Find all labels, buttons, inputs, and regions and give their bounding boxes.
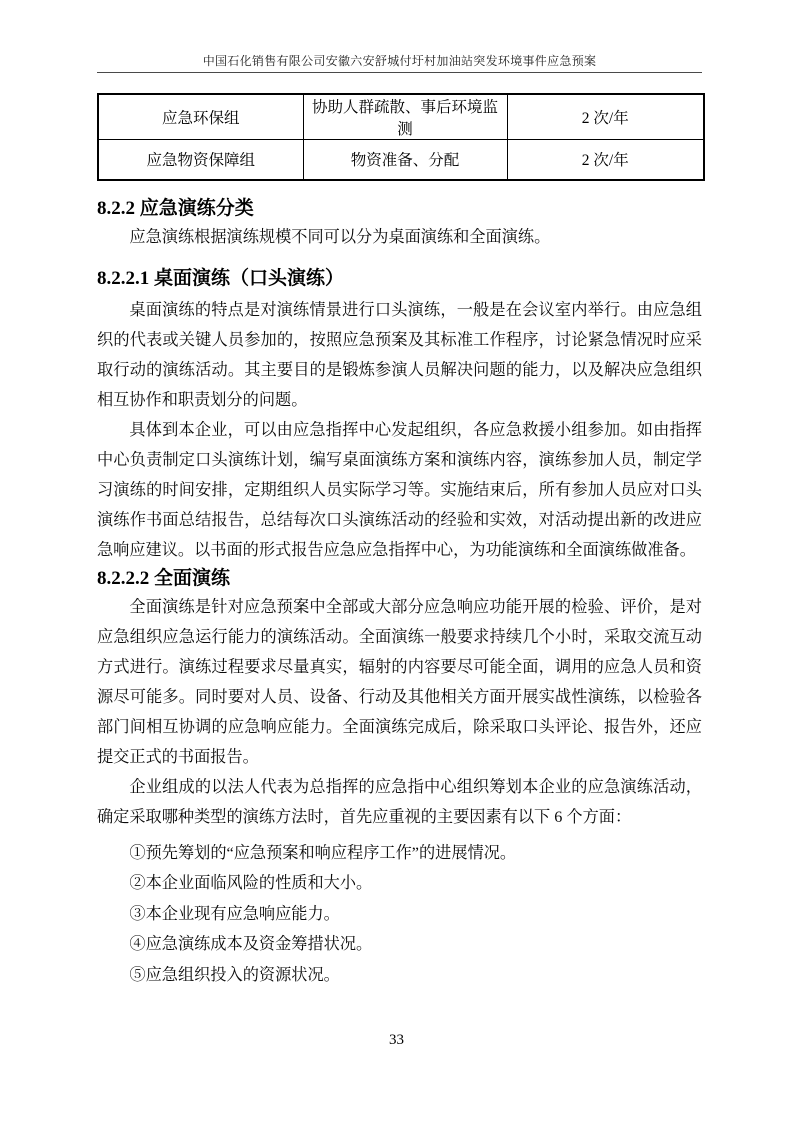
cell-frequency: 2 次/年 bbox=[507, 94, 704, 140]
paragraph-full-drill-1: 全面演练是针对应急预案中全部或大部分应急响应功能开展的检验、评价，是对应急组织应… bbox=[97, 592, 702, 772]
document-body: 8.2.2 应急演练分类 应急演练根据演练规模不同可以分为桌面演练和全面演练。 … bbox=[97, 195, 702, 991]
heading-8-2-2-1: 8.2.2.1 桌面演练（口头演练） bbox=[97, 265, 702, 292]
cell-group-name: 应急物资保障组 bbox=[98, 140, 303, 180]
factor-list: ①预先筹划的“应急预案和响应程序工作”的进展情况。 ②本企业面临风险的性质和大小… bbox=[97, 838, 702, 991]
page-number: 33 bbox=[0, 1032, 793, 1049]
page-header-title: 中国石化销售有限公司安徽六安舒城付圩村加油站突发环境事件应急预案 bbox=[97, 53, 702, 69]
paragraph-tabletop-drill-1: 桌面演练的特点是对演练情景进行口头演练，一般是在会议室内举行。由应急组织的代表或… bbox=[97, 295, 702, 415]
list-item-3: ③本企业现有应急响应能力。 bbox=[97, 899, 702, 930]
cell-frequency: 2 次/年 bbox=[507, 140, 704, 180]
cell-duty: 协助人群疏散、事后环境监测 bbox=[303, 94, 507, 140]
heading-8-2-2: 8.2.2 应急演练分类 bbox=[97, 195, 702, 222]
table-row: 应急环保组 协助人群疏散、事后环境监测 2 次/年 bbox=[98, 94, 704, 140]
document-page: 中国石化销售有限公司安徽六安舒城付圩村加油站突发环境事件应急预案 应急环保组 协… bbox=[0, 0, 793, 1122]
paragraph-drill-classification: 应急演练根据演练规模不同可以分为桌面演练和全面演练。 bbox=[97, 222, 702, 252]
list-item-1: ①预先筹划的“应急预案和响应程序工作”的进展情况。 bbox=[97, 838, 702, 869]
cell-duty: 物资准备、分配 bbox=[303, 140, 507, 180]
heading-8-2-2-2: 8.2.2.2 全面演练 bbox=[97, 565, 702, 592]
table-row: 应急物资保障组 物资准备、分配 2 次/年 bbox=[98, 140, 704, 180]
paragraph-full-drill-2: 企业组成的以法人代表为总指挥的应急指中心组织筹划本企业的应急演练活动，确定采取哪… bbox=[97, 772, 702, 832]
page-header: 中国石化销售有限公司安徽六安舒城付圩村加油站突发环境事件应急预案 bbox=[97, 0, 702, 73]
list-item-5: ⑤应急组织投入的资源状况。 bbox=[97, 960, 702, 991]
list-item-4: ④应急演练成本及资金筹措状况。 bbox=[97, 929, 702, 960]
paragraph-tabletop-drill-2: 具体到本企业，可以由应急指挥中心发起组织，各应急救援小组参加。如由指挥中心负责制… bbox=[97, 415, 702, 565]
duty-table: 应急环保组 协助人群疏散、事后环境监测 2 次/年 应急物资保障组 物资准备、分… bbox=[97, 93, 705, 181]
list-item-2: ②本企业面临风险的性质和大小。 bbox=[97, 868, 702, 899]
cell-group-name: 应急环保组 bbox=[98, 94, 303, 140]
